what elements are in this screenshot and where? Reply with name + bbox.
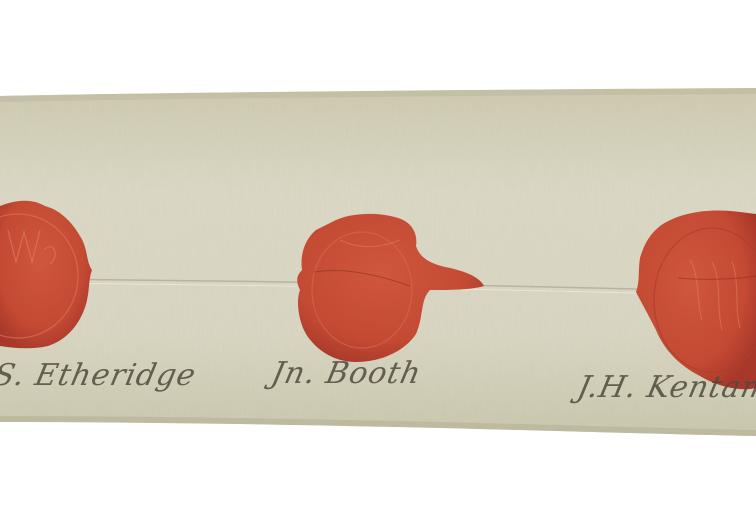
signature-etheridge: S. Etheridge — [0, 358, 199, 393]
signature-booth: Jn. Booth — [268, 356, 424, 391]
document-illustration — [0, 0, 756, 529]
signature-kentam: J.H. Kentam — [574, 370, 756, 405]
document-photo: S. Etheridge Jn. Booth J.H. Kentam — [0, 0, 756, 529]
